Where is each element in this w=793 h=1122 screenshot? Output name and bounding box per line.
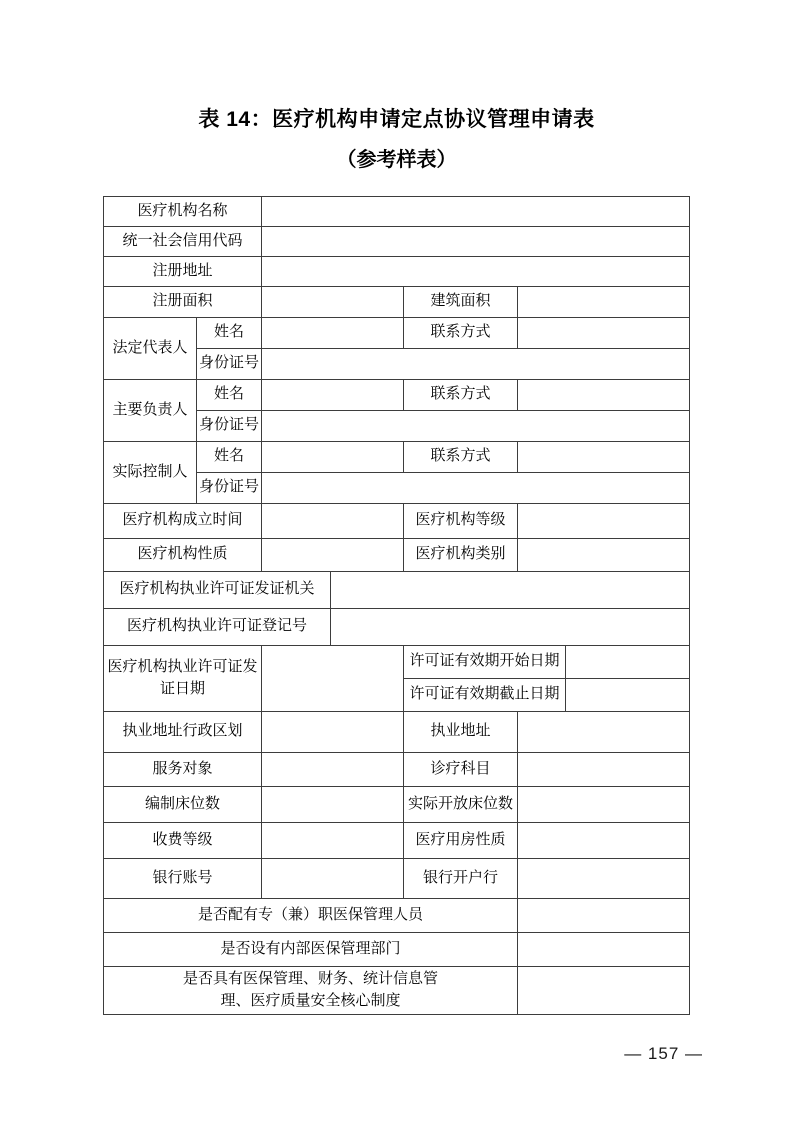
- license-valid-end-label: 许可证有效期截止日期: [404, 679, 566, 712]
- row-org-name: 医疗机构名称: [104, 197, 690, 227]
- has-insurance-dept-value-cell: [518, 933, 690, 967]
- license-reg-no-label: 医疗机构执业许可证登记号: [104, 609, 331, 646]
- org-name-value-cell: [262, 197, 690, 227]
- housing-nature-value-cell: [518, 823, 690, 859]
- authorized-beds-label: 编制床位数: [104, 787, 262, 823]
- has-core-systems-value-cell: [518, 967, 690, 1015]
- service-target-label: 服务对象: [104, 753, 262, 787]
- row-beds: 编制床位数 实际开放床位数: [104, 787, 690, 823]
- controller-id-label: 身份证号: [197, 473, 262, 504]
- principal-label: 主要负责人: [104, 380, 197, 442]
- document-title: 表 14：医疗机构申请定点协议管理申请表: [0, 103, 793, 133]
- row-license-issuer: 医疗机构执业许可证发证机关: [104, 572, 690, 609]
- has-core-systems-label: 是否具有医保管理、财务、统计信息管 理、医疗质量安全核心制度: [104, 967, 518, 1015]
- license-issue-date-value-cell: [262, 646, 404, 712]
- license-valid-start-value-cell: [566, 646, 690, 679]
- clinical-subjects-label: 诊疗科目: [404, 753, 518, 787]
- row-license-valid-start: 医疗机构执业许可证发 证日期 许可证有效期开始日期: [104, 646, 690, 679]
- license-valid-start-label: 许可证有效期开始日期: [404, 646, 566, 679]
- principal-name-value-cell: [262, 380, 404, 411]
- page-number: — 157 —: [624, 1044, 703, 1064]
- building-area-label: 建筑面积: [404, 287, 518, 318]
- practice-address-value-cell: [518, 712, 690, 753]
- reg-area-label: 注册面积: [104, 287, 262, 318]
- principal-contact-label: 联系方式: [404, 380, 518, 411]
- principal-id-label: 身份证号: [197, 411, 262, 442]
- reg-address-value-cell: [262, 257, 690, 287]
- actual-controller-label: 实际控制人: [104, 442, 197, 504]
- principal-contact-value-cell: [518, 380, 690, 411]
- est-date-value-cell: [262, 504, 404, 539]
- open-beds-label: 实际开放床位数: [404, 787, 518, 823]
- clinical-subjects-value-cell: [518, 753, 690, 787]
- housing-nature-label: 医疗用房性质: [404, 823, 518, 859]
- row-bank: 银行账号 银行开户行: [104, 859, 690, 899]
- bank-account-label: 银行账号: [104, 859, 262, 899]
- org-name-label: 医疗机构名称: [104, 197, 262, 227]
- nature-value-cell: [262, 539, 404, 572]
- level-value-cell: [518, 504, 690, 539]
- legal-rep-contact-label: 联系方式: [404, 318, 518, 349]
- row-fee-housing: 收费等级 医疗用房性质: [104, 823, 690, 859]
- controller-contact-label: 联系方式: [404, 442, 518, 473]
- application-form-table: 医疗机构名称 统一社会信用代码 注册地址 注册面积 建筑面积 法定代表人 姓名 …: [103, 196, 690, 1015]
- legal-rep-label: 法定代表人: [104, 318, 197, 380]
- bank-account-value-cell: [262, 859, 404, 899]
- nature-label: 医疗机构性质: [104, 539, 262, 572]
- row-insurance-dept: 是否设有内部医保管理部门: [104, 933, 690, 967]
- has-insurance-dept-label: 是否设有内部医保管理部门: [104, 933, 518, 967]
- row-core-systems: 是否具有医保管理、财务、统计信息管 理、医疗质量安全核心制度: [104, 967, 690, 1015]
- practice-district-label: 执业地址行政区划: [104, 712, 262, 753]
- license-issuer-value-cell: [331, 572, 690, 609]
- legal-rep-name-value-cell: [262, 318, 404, 349]
- document-page: 表 14：医疗机构申请定点协议管理申请表 （参考样表） 医疗机构名称 统一社会信…: [0, 0, 793, 1122]
- has-insurance-staff-label: 是否配有专（兼）职医保管理人员: [104, 899, 518, 933]
- controller-name-label: 姓名: [197, 442, 262, 473]
- row-nature-category: 医疗机构性质 医疗机构类别: [104, 539, 690, 572]
- legal-rep-name-label: 姓名: [197, 318, 262, 349]
- reg-area-value-cell: [262, 287, 404, 318]
- authorized-beds-value-cell: [262, 787, 404, 823]
- fee-level-label: 收费等级: [104, 823, 262, 859]
- legal-rep-id-value-cell: [262, 349, 690, 380]
- controller-name-value-cell: [262, 442, 404, 473]
- principal-name-label: 姓名: [197, 380, 262, 411]
- credit-code-value-cell: [262, 227, 690, 257]
- license-issuer-label: 医疗机构执业许可证发证机关: [104, 572, 331, 609]
- row-reg-address: 注册地址: [104, 257, 690, 287]
- open-beds-value-cell: [518, 787, 690, 823]
- building-area-value-cell: [518, 287, 690, 318]
- license-reg-no-value-cell: [331, 609, 690, 646]
- row-service-target: 服务对象 诊疗科目: [104, 753, 690, 787]
- row-est-date-level: 医疗机构成立时间 医疗机构等级: [104, 504, 690, 539]
- practice-address-label: 执业地址: [404, 712, 518, 753]
- credit-code-label: 统一社会信用代码: [104, 227, 262, 257]
- row-credit-code: 统一社会信用代码: [104, 227, 690, 257]
- row-insurance-staff: 是否配有专（兼）职医保管理人员: [104, 899, 690, 933]
- principal-id-value-cell: [262, 411, 690, 442]
- controller-contact-value-cell: [518, 442, 690, 473]
- controller-id-value-cell: [262, 473, 690, 504]
- est-date-label: 医疗机构成立时间: [104, 504, 262, 539]
- row-areas: 注册面积 建筑面积: [104, 287, 690, 318]
- bank-branch-label: 银行开户行: [404, 859, 518, 899]
- legal-rep-contact-value-cell: [518, 318, 690, 349]
- category-value-cell: [518, 539, 690, 572]
- service-target-value-cell: [262, 753, 404, 787]
- license-valid-end-value-cell: [566, 679, 690, 712]
- row-principal-name: 主要负责人 姓名 联系方式: [104, 380, 690, 411]
- practice-district-value-cell: [262, 712, 404, 753]
- row-controller-name: 实际控制人 姓名 联系方式: [104, 442, 690, 473]
- level-label: 医疗机构等级: [404, 504, 518, 539]
- fee-level-value-cell: [262, 823, 404, 859]
- reg-address-label: 注册地址: [104, 257, 262, 287]
- document-subtitle: （参考样表）: [0, 143, 793, 172]
- row-practice-address: 执业地址行政区划 执业地址: [104, 712, 690, 753]
- legal-rep-id-label: 身份证号: [197, 349, 262, 380]
- license-issue-date-label: 医疗机构执业许可证发 证日期: [104, 646, 262, 712]
- has-insurance-staff-value-cell: [518, 899, 690, 933]
- category-label: 医疗机构类别: [404, 539, 518, 572]
- row-legal-rep-name: 法定代表人 姓名 联系方式: [104, 318, 690, 349]
- bank-branch-value-cell: [518, 859, 690, 899]
- row-license-reg-no: 医疗机构执业许可证登记号: [104, 609, 690, 646]
